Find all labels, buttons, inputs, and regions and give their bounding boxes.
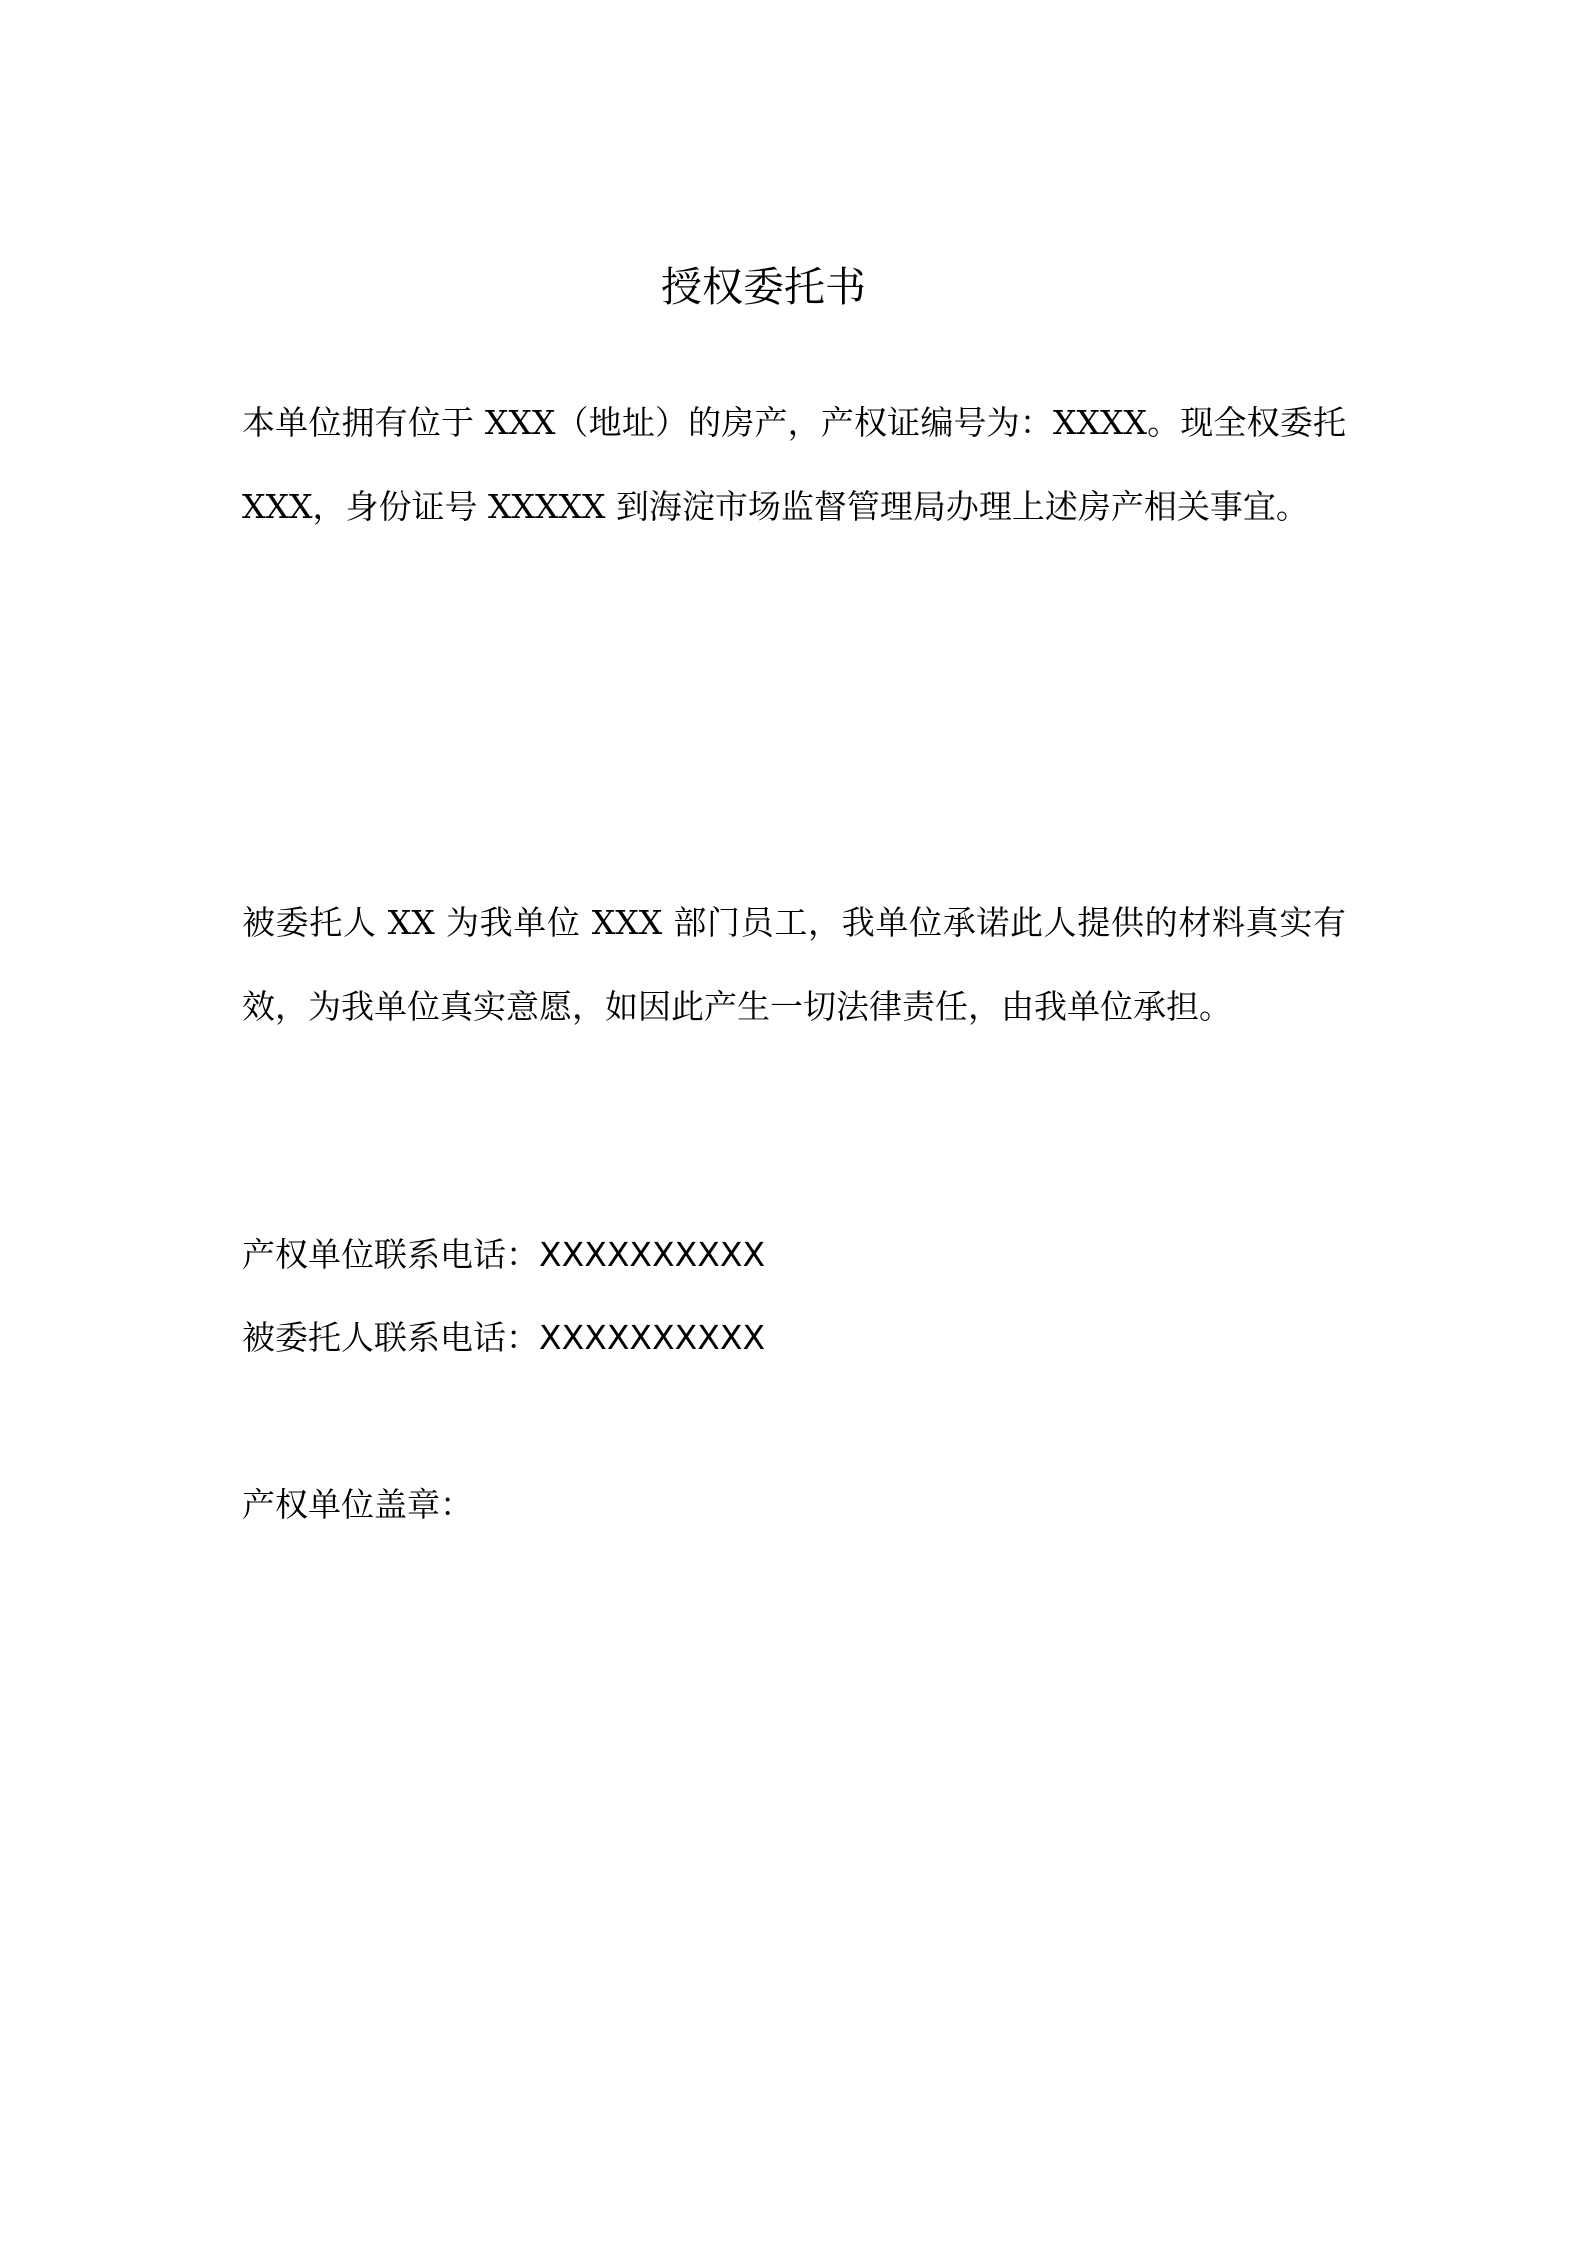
- delegate-phone-line: 被委托人联系电话：XXXXXXXXXX: [242, 1316, 765, 1360]
- owner-phone-value: XXXXXXXXXX: [539, 1235, 765, 1274]
- delegate-phone-value: XXXXXXXXXX: [539, 1318, 765, 1357]
- owner-phone-label: 产权单位联系电话：: [242, 1235, 539, 1274]
- owner-phone-line: 产权单位联系电话：XXXXXXXXXX: [242, 1233, 765, 1277]
- delegate-phone-label: 被委托人联系电话：: [242, 1318, 539, 1357]
- document-page: 授权委托书 本单位拥有位于 XXX（地址）的房产，产权证编号为：XXXX。现全权…: [0, 0, 1587, 2245]
- paragraph-delegate-commitment: 被委托人 XX 为我单位 XXX 部门员工，我单位承诺此人提供的材料真实有效，为…: [242, 881, 1346, 1049]
- document-title: 授权委托书: [657, 262, 870, 312]
- paragraph-property-authorization: 本单位拥有位于 XXX（地址）的房产，产权证编号为：XXXX。现全权委托 XXX…: [242, 381, 1346, 549]
- seal-label: 产权单位盖章：: [242, 1483, 473, 1527]
